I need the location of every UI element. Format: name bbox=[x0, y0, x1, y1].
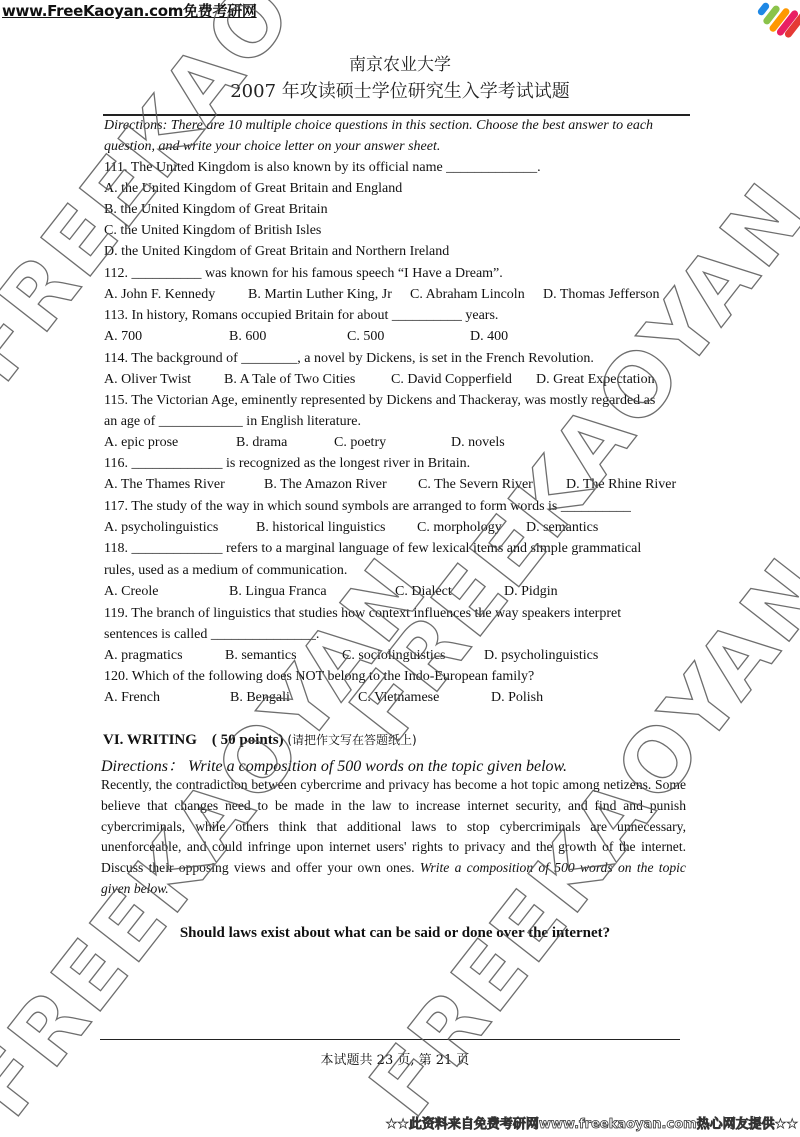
university-name: 南京农业大学 bbox=[0, 50, 800, 75]
question-stem: an age of ____________ in English litera… bbox=[104, 413, 361, 431]
answer-option: D. 400 bbox=[470, 328, 508, 346]
question-stem: 119. The branch of linguistics that stud… bbox=[104, 605, 621, 623]
question-stem: 117. The study of the way in which sound… bbox=[104, 498, 631, 516]
header-divider bbox=[103, 114, 690, 116]
question-stem: sentences is called _______________. bbox=[104, 626, 319, 644]
answer-option: C. The Severn River bbox=[418, 476, 533, 494]
writing-topic: Should laws exist about what can be said… bbox=[0, 925, 790, 942]
answer-option: B. drama bbox=[236, 434, 287, 452]
answer-option: D. semantics bbox=[526, 519, 598, 537]
question-stem: 111. The United Kingdom is also known by… bbox=[104, 159, 541, 177]
answer-option: A. 700 bbox=[104, 328, 142, 346]
answer-option: A. epic prose bbox=[104, 434, 178, 452]
answer-option: B. historical linguistics bbox=[256, 519, 386, 537]
answer-option: A. Creole bbox=[104, 583, 158, 601]
answer-option: A. The Thames River bbox=[104, 476, 225, 494]
answer-option: D. Pidgin bbox=[504, 583, 558, 601]
answer-option: C. 500 bbox=[347, 328, 384, 346]
exam-title: 2007 年攻读硕士学位研究生入学考试试题 bbox=[0, 77, 800, 103]
question-stem: 114. The background of ________, a novel… bbox=[104, 350, 594, 368]
answer-option: D. the United Kingdom of Great Britain a… bbox=[104, 243, 449, 261]
answer-option: B. 600 bbox=[229, 328, 266, 346]
writing-heading: VI. WRITING ( 50 points) (请把作文写在答题纸上) bbox=[103, 731, 417, 749]
answer-option: D. novels bbox=[451, 434, 505, 452]
answer-option: C. poetry bbox=[334, 434, 386, 452]
answer-option: C. the United Kingdom of British Isles bbox=[104, 222, 321, 240]
answer-option: B. semantics bbox=[225, 647, 297, 665]
mcq-directions-line1: Directions: There are 10 multiple choice… bbox=[104, 117, 653, 135]
answer-option: B. the United Kingdom of Great Britain bbox=[104, 201, 328, 219]
answer-option: D. Polish bbox=[491, 689, 543, 707]
answer-option: B. Bengali bbox=[230, 689, 290, 707]
answer-option: A. psycholinguistics bbox=[104, 519, 218, 537]
answer-option: D. Great Expectation bbox=[536, 371, 655, 389]
question-stem: 118. _____________ refers to a marginal … bbox=[104, 540, 641, 558]
answer-option: B. A Tale of Two Cities bbox=[224, 371, 355, 389]
answer-option: C. Vietnamese bbox=[358, 689, 439, 707]
answer-option: D. The Rhine River bbox=[566, 476, 676, 494]
answer-option: B. The Amazon River bbox=[264, 476, 387, 494]
answer-option: A. the United Kingdom of Great Britain a… bbox=[104, 180, 402, 198]
mcq-directions-line2: question, and write your choice letter o… bbox=[104, 138, 440, 156]
answer-option: D. Thomas Jefferson bbox=[543, 286, 660, 304]
answer-option: A. pragmatics bbox=[104, 647, 183, 665]
answer-option: B. Lingua Franca bbox=[229, 583, 327, 601]
footer-credit: ★★此资料来自免费考研网www.freekaoyan.com热心网友提供★★ bbox=[386, 1113, 798, 1132]
site-link[interactable]: www.FreeKaoyan.com免费考研网 bbox=[2, 0, 257, 21]
answer-option: C. David Copperfield bbox=[391, 371, 512, 389]
writing-title: VI. WRITING bbox=[103, 732, 197, 748]
answer-option: C. sociolinguistics bbox=[342, 647, 445, 665]
answer-option: A. Oliver Twist bbox=[104, 371, 191, 389]
writing-prompt: Recently, the contradiction between cybe… bbox=[101, 775, 686, 900]
question-stem: 116. _____________ is recognized as the … bbox=[104, 455, 470, 473]
answer-option: C. morphology bbox=[417, 519, 502, 537]
answer-option: C. Abraham Lincoln bbox=[410, 286, 525, 304]
question-stem: rules, used as a medium of communication… bbox=[104, 562, 347, 580]
answer-option: A. John F. Kennedy bbox=[104, 286, 215, 304]
footer-divider bbox=[100, 1039, 680, 1040]
logo-icon bbox=[752, 2, 798, 38]
question-stem: 112. __________ was known for his famous… bbox=[104, 265, 503, 283]
question-stem: 120. Which of the following does NOT bel… bbox=[104, 668, 534, 686]
writing-points: ( 50 points) bbox=[212, 732, 284, 748]
answer-option: D. psycholinguistics bbox=[484, 647, 598, 665]
page-number: 本试题共 23 页, 第 21 页 bbox=[0, 1049, 790, 1068]
writing-directions: Directions： Write a composition of 500 w… bbox=[101, 753, 567, 776]
question-stem: 115. The Victorian Age, eminently repres… bbox=[104, 392, 655, 410]
answer-option: C. Dialect bbox=[395, 583, 452, 601]
question-stem: 113. In history, Romans occupied Britain… bbox=[104, 307, 498, 325]
answer-option: B. Martin Luther King, Jr bbox=[248, 286, 392, 304]
writing-note: (请把作文写在答题纸上) bbox=[287, 733, 416, 747]
answer-option: A. French bbox=[104, 689, 160, 707]
